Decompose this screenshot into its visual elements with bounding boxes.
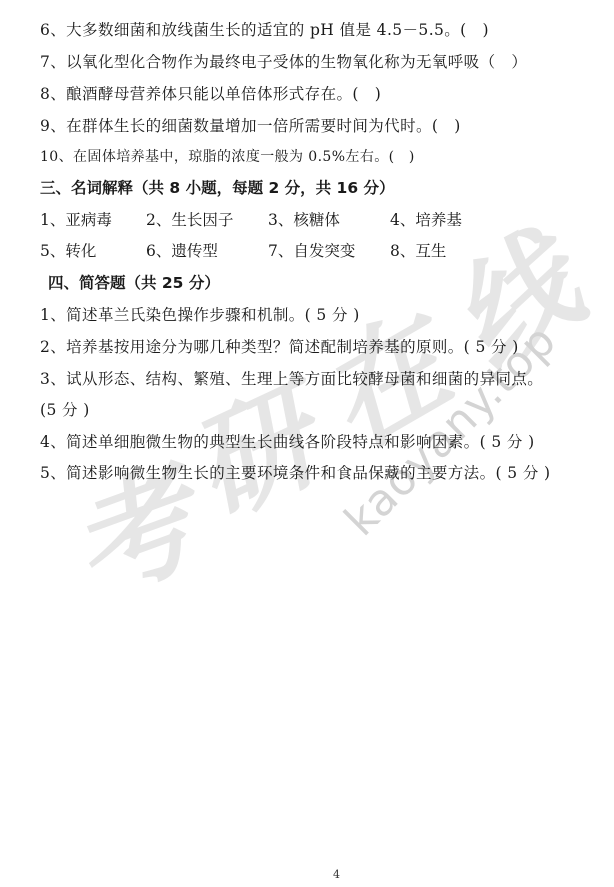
true-false-item: 8、酿酒酵母营养体只能以单倍体形式存在。( )	[40, 84, 381, 104]
term-item: 1、亚病毒	[40, 210, 112, 230]
section-heading-definitions: 三、名词解释（共 8 小题，每题 2 分，共 16 分）	[40, 178, 395, 198]
section-heading-short-answer: 四、简答题（共 25 分）	[48, 273, 220, 293]
term-item: 6、遗传型	[146, 241, 218, 261]
term-item: 2、生长因子	[146, 210, 233, 230]
term-item: 7、自发突变	[268, 241, 355, 261]
true-false-item: 7、以氧化型化合物作为最终电子受体的生物氧化称为无氧呼吸（ ）	[40, 52, 527, 72]
term-item: 8、互生	[390, 241, 446, 261]
short-answer-question: 3、试从形态、结构、繁殖、生理上等方面比较酵母菌和细菌的异同点。	[40, 369, 543, 389]
true-false-item: 9、在群体生长的细菌数量增加一倍所需要时间为代时。( )	[40, 116, 461, 136]
exam-page: 考 研 在 线 kaoyany.top 6、大多数细菌和放线菌生长的适宜的 pH…	[0, 0, 614, 887]
short-answer-question: 4、简述单细胞微生物的典型生长曲线各阶段特点和影响因素。( 5 分 )	[40, 432, 535, 452]
short-answer-question: 1、简述革兰氏染色操作步骤和机制。( 5 分 )	[40, 305, 360, 325]
true-false-item: 6、大多数细菌和放线菌生长的适宜的 pH 值是 4.5－5.5。( )	[40, 20, 489, 40]
watermark-char: 考	[44, 425, 216, 628]
term-item: 3、核糖体	[268, 210, 340, 230]
short-answer-question-points: (5 分 )	[40, 400, 90, 420]
page-number: 4	[333, 868, 340, 881]
true-false-item: 10、在固体培养基中，琼脂的浓度一般为 0.5%左右。( )	[40, 147, 415, 167]
term-item: 4、培养基	[390, 210, 462, 230]
short-answer-question: 5、简述影响微生物生长的主要环境条件和食品保藏的主要方法。( 5 分 )	[40, 463, 551, 483]
short-answer-question: 2、培养基按用途分为哪几种类型？简述配制培养基的原则。( 5 分 )	[40, 337, 519, 357]
term-item: 5、转化	[40, 241, 96, 261]
